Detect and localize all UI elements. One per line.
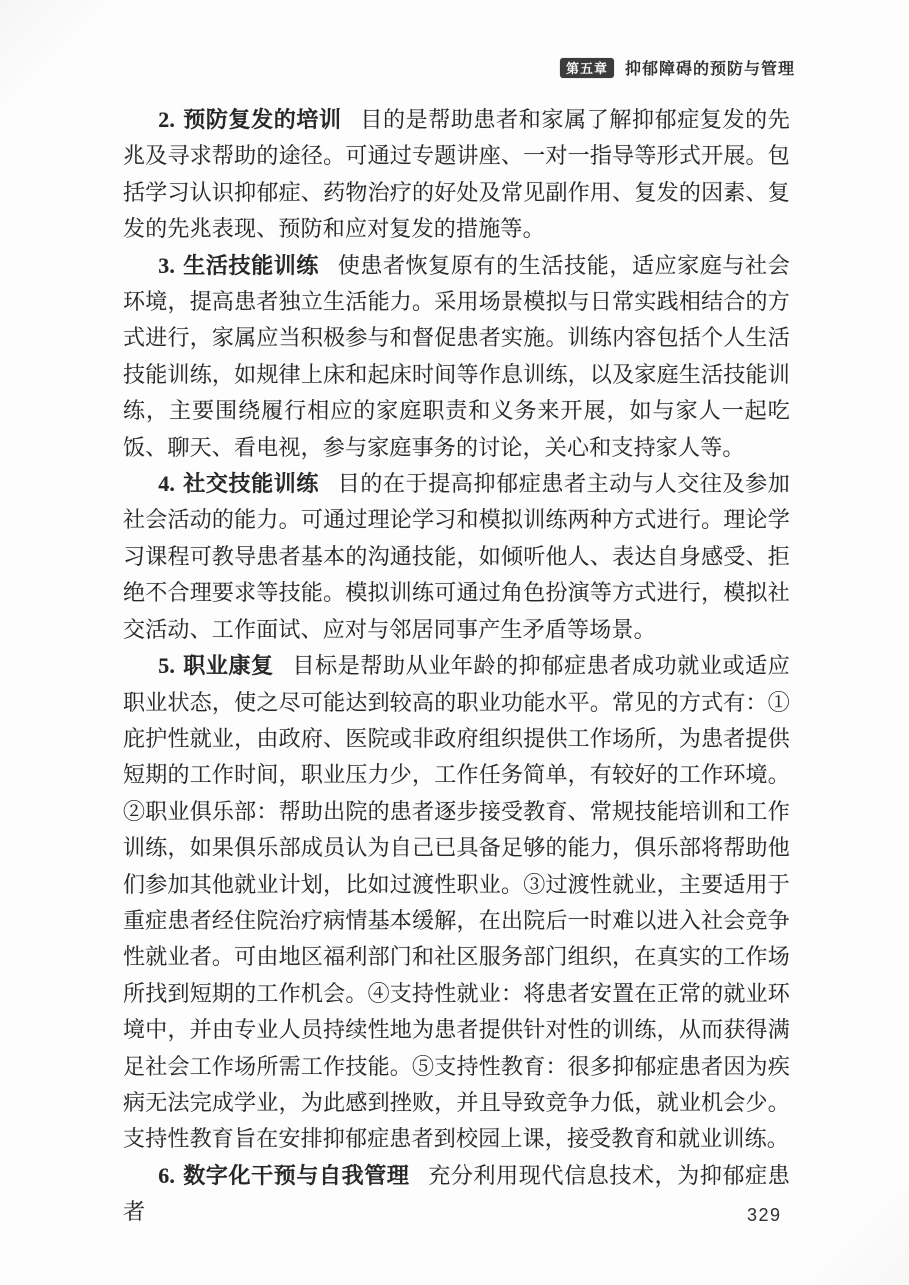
paragraph-number: 3. [158,253,175,278]
paragraph-body: 使患者恢复原有的生活技能，适应家庭与社会环境，提高患者独立生活能力。采用场景模拟… [123,253,790,460]
running-header: 第五章 抑郁障碍的预防与管理 [560,56,795,79]
paragraph-body: 目的在于提高抑郁症患者主动与人交往及参加社会活动的能力。可通过理论学习和模拟训练… [123,471,790,642]
book-page: 第五章 抑郁障碍的预防与管理 2.预防复发的培训目的是帮助患者和家属了解抑郁症复… [0,0,909,1285]
paragraph-heading: 职业康复 [183,653,293,678]
paragraph-number: 2. [158,107,175,132]
page-number: 329 [747,1205,782,1226]
paragraph-number: 5. [158,653,175,678]
paragraph-heading: 数字化干预与自我管理 [183,1163,428,1188]
paragraph-number: 4. [158,471,175,496]
paragraph-body: 目标是帮助从业年龄的抑郁症患者成功就业或适应职业状态，使之尽可能达到较高的职业功… [123,653,790,1151]
chapter-title: 抑郁障碍的预防与管理 [625,56,795,79]
paragraph-item-2: 2.预防复发的培训目的是帮助患者和家属了解抑郁症复发的先兆及寻求帮助的途径。可通… [123,102,790,248]
chapter-badge: 第五章 [560,58,614,78]
paragraph-number: 6. [158,1163,175,1188]
paragraph-item-3: 3.生活技能训练使患者恢复原有的生活技能，适应家庭与社会环境，提高患者独立生活能… [123,248,790,466]
paragraph-heading: 预防复发的培训 [183,107,361,132]
paragraph-item-5: 5.职业康复目标是帮助从业年龄的抑郁症患者成功就业或适应职业状态，使之尽可能达到… [123,648,790,1158]
paragraph-heading: 社交技能训练 [183,471,338,496]
paragraph-heading: 生活技能训练 [183,253,338,278]
paragraph-item-6: 6.数字化干预与自我管理充分利用现代信息技术，为抑郁症患者 [123,1158,790,1231]
page-body-text: 2.预防复发的培训目的是帮助患者和家属了解抑郁症复发的先兆及寻求帮助的途径。可通… [123,102,790,1231]
paragraph-item-4: 4.社交技能训练目的在于提高抑郁症患者主动与人交往及参加社会活动的能力。可通过理… [123,466,790,648]
